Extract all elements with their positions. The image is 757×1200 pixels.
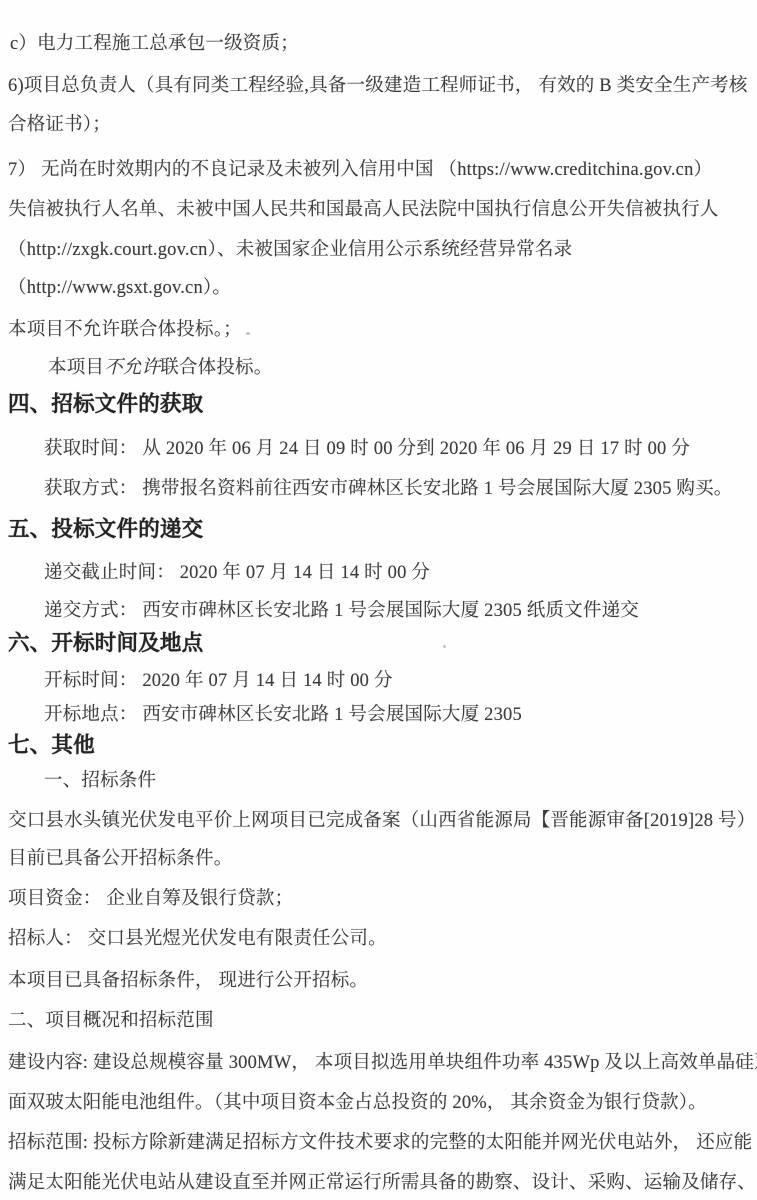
doc-line-obtain-time: 获取时间： 从 2020 年 06 月 24 日 09 时 00 分到 2020… [44, 438, 690, 460]
section-heading-5-bid-submission: 五、投标文件的递交 [8, 517, 203, 543]
doc-line-filing-cont: 目前已具备公开招标条件。 [8, 848, 232, 870]
section-heading-6-bid-opening: 六、开标时间及地点 [8, 631, 203, 657]
doc-line-overview-scope-title: 二、项目概况和招标范围 [8, 1010, 214, 1032]
section-heading-4-obtain-documents: 四、招标文件的获取 [8, 392, 203, 418]
doc-line-open-tender-statement: 本项目已具备招标条件， 现进行公开招标。 [8, 970, 368, 992]
doc-line-submission-deadline: 递交截止时间： 2020 年 07 月 14 日 14 时 00 分 [44, 562, 430, 584]
doc-line-dishonest-list: 失信被执行人名单、未被中国人民共和国最高人民法院中国执行信息公开失信被执行人 [8, 199, 719, 221]
document-page: c）电力工程施工总承包一级资质； 6)项目总负责人（具有同类工程经验,具备一级建… [0, 0, 757, 1200]
doc-line-no-consortium-repeat: 本项目不允许联合体投标。 [48, 357, 272, 379]
doc-line-submission-method: 递交方式： 西安市碑林区长安北路 1 号会展国际大厦 2305 纸质文件递交 [44, 600, 639, 622]
section-heading-7-others: 七、其他 [8, 733, 95, 759]
joint-note-prefix: 本项目 [48, 358, 104, 378]
doc-line-gsxt-url: （http://www.gsxt.gov.cn）。 [8, 277, 231, 299]
doc-line-project-leader: 6)项目总负责人（具有同类工程经验,具备一级建造工程师证书， 有效的 B 类安全… [8, 75, 748, 97]
doc-line-opening-time: 开标时间： 2020 年 07 月 14 日 14 时 00 分 [44, 670, 393, 692]
doc-line-construction-content: 建设内容: 建设总规模容量 300MW， 本项目拟选用单块组件功率 435Wp … [8, 1052, 757, 1074]
doc-line-credit-record: 7） 无尚在时效期内的不良记录及未被列入信用中国 （https://www.cr… [8, 159, 712, 181]
doc-line-qualification-c: c）电力工程施工总承包一级资质； [10, 33, 299, 55]
doc-line-tender-scope-cont: 满足太阳能光伏电站从建设直至并网正常运行所需具备的勘察、设计、采购、运输及储存、 [8, 1172, 756, 1194]
scan-artifact [443, 645, 446, 648]
joint-note-emphasis: 不允许 [104, 358, 160, 378]
scan-artifact [246, 332, 250, 335]
doc-line-zxgk-url: （http://zxgk.court.gov.cn）、未被国家企业信用公示系统经… [8, 239, 572, 261]
doc-line-tender-conditions-title: 一、招标条件 [44, 770, 156, 792]
doc-line-project-funds: 项目资金： 企业自筹及银行贷款； [8, 888, 293, 910]
joint-note-suffix: 联合体投标。 [160, 358, 272, 378]
doc-line-construction-cont: 面双玻太阳能电池组件。（其中项目资本金占总投资的 20%， 其余资金为银行贷款）… [8, 1092, 707, 1114]
doc-line-opening-place: 开标地点： 西安市碑林区长安北路 1 号会展国际大厦 2305 [44, 704, 522, 726]
doc-line-no-consortium: 本项目不允许联合体投标。； [8, 319, 242, 341]
doc-line-tenderer: 招标人： 交口县光煜光伏发电有限责任公司。 [8, 928, 387, 950]
doc-line-tender-scope: 招标范围: 投标方除新建满足招标方文件技术要求的完整的太阳能并网光伏电站外， 还… [8, 1132, 752, 1154]
doc-line-project-filing: 交口县水头镇光伏发电平价上网项目已完成备案（山西省能源局【晋能源审备[2019]… [8, 810, 755, 832]
doc-line-certificate-cont: 合格证书）； [8, 114, 111, 136]
doc-line-obtain-method: 获取方式： 携带报名资料前往西安市碑林区长安北路 1 号会展国际大厦 2305 … [44, 478, 732, 500]
